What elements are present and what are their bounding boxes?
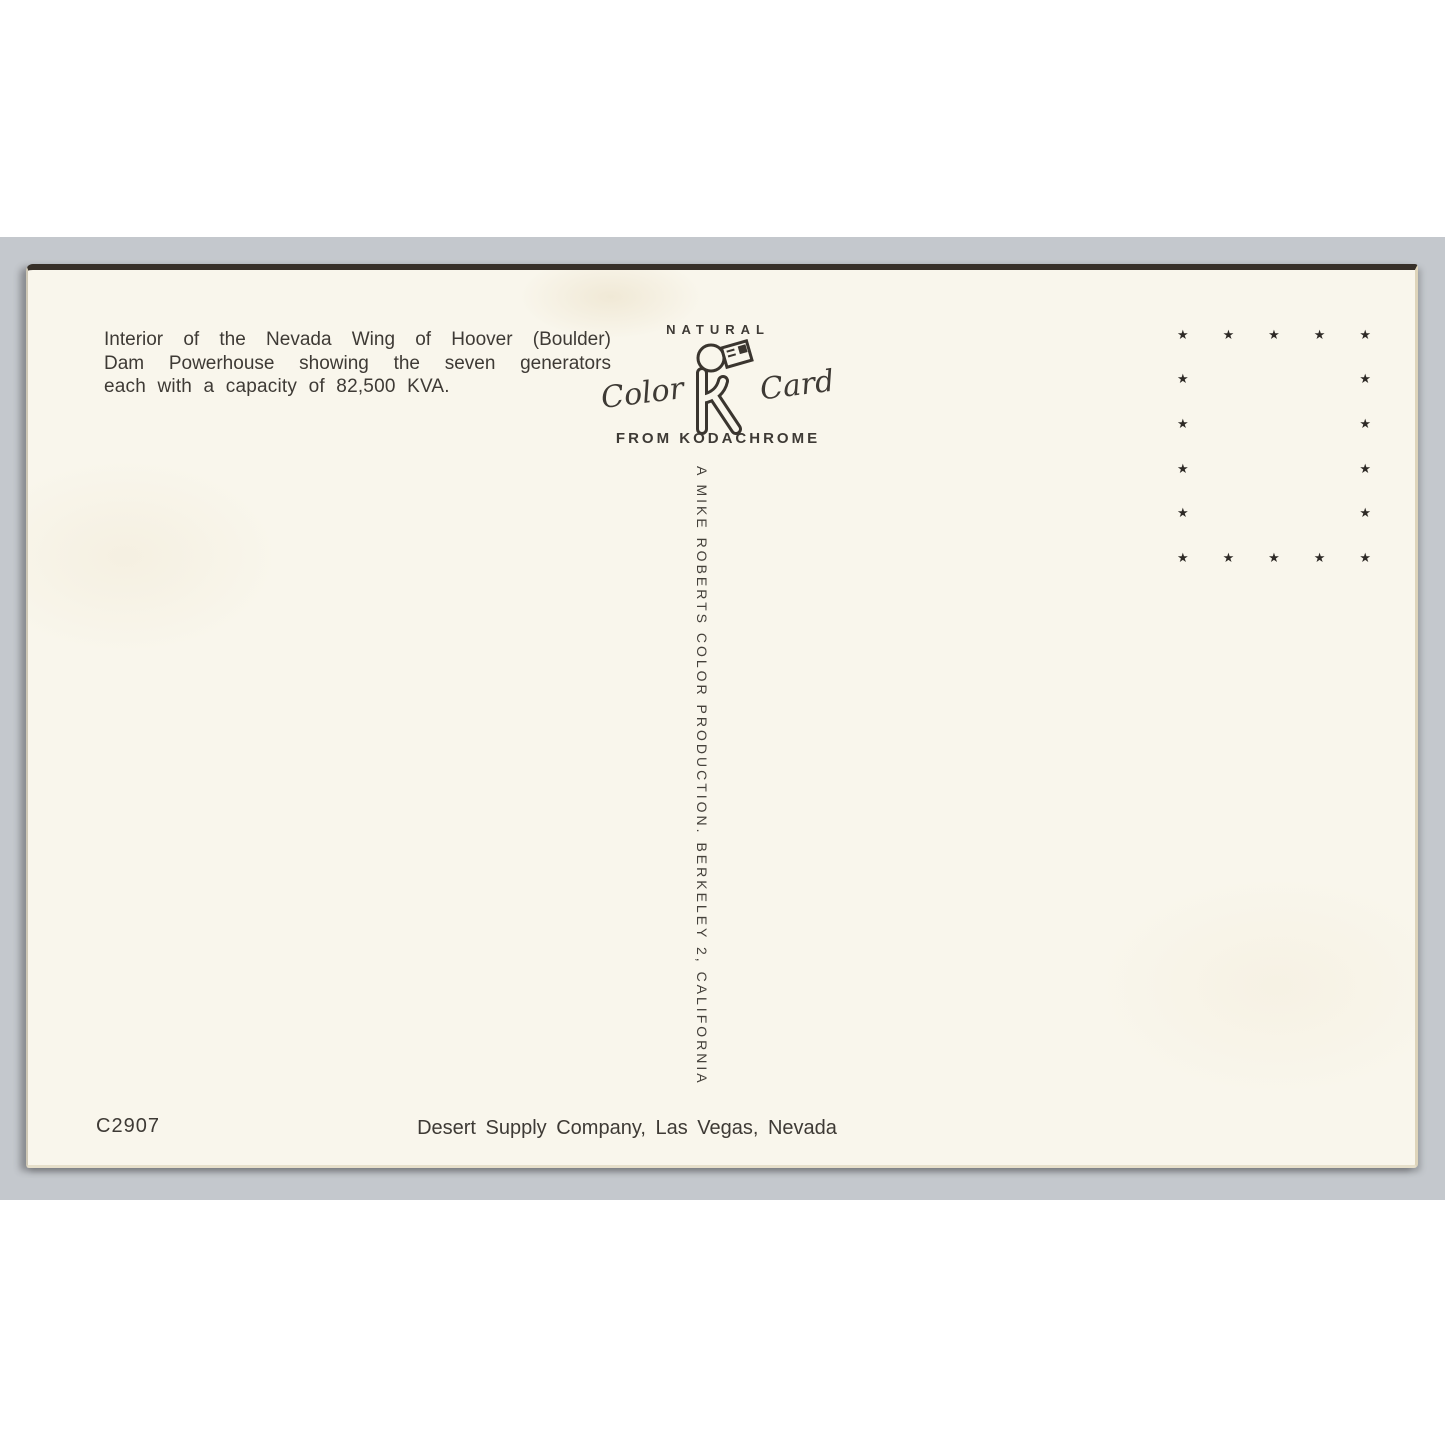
star-icon: ★ [1359,328,1371,341]
color-card-logo: NATURAL Color [586,322,850,447]
star-icon: ★ [1177,506,1189,519]
natural-label: NATURAL [586,322,850,337]
caption-block: InterioroftheNevadaWingofHoover(Boulder)… [104,328,611,399]
star-icon: ★ [1359,372,1371,385]
photographer-R-icon [680,339,766,440]
star-icon: ★ [1359,551,1371,564]
caption-line-1: InterioroftheNevadaWingofHoover(Boulder) [104,328,611,352]
star-icon: ★ [1359,417,1371,430]
star-icon: ★ [1359,462,1371,475]
logo-row: Color [586,339,850,429]
kodachrome-label: FROM KODACHROME [586,430,850,447]
publisher-line: Desert Supply Company, Las Vegas, Nevada [327,1117,927,1140]
star-icon: ★ [1177,372,1189,385]
postcard-back: InterioroftheNevadaWingofHoover(Boulder)… [26,264,1418,1168]
card-script-label: Card [759,367,836,406]
star-icon: ★ [1314,328,1326,341]
card-number: C2907 [96,1115,160,1138]
color-script-label: Color [600,374,686,414]
star-icon: ★ [1177,417,1189,430]
stamp-box: ★★★★★★★★★★★★★★★★★★ [1160,312,1388,580]
caption-line-3: each with a capacity of 82,500 KVA. [104,375,611,399]
star-icon: ★ [1314,551,1326,564]
star-icon: ★ [1177,551,1189,564]
star-icon: ★ [1223,551,1235,564]
spine-text: A MIKE ROBERTS COLOR PRODUCTION. BERKELE… [694,466,710,1126]
star-icon: ★ [1223,328,1235,341]
scan-canvas: InterioroftheNevadaWingofHoover(Boulder)… [0,0,1445,1445]
star-icon: ★ [1268,328,1280,341]
star-icon: ★ [1177,462,1189,475]
star-icon: ★ [1268,551,1280,564]
star-icon: ★ [1177,328,1189,341]
caption-line-2: DamPowerhouseshowingthesevengenerators [104,352,611,376]
star-icon: ★ [1359,506,1371,519]
